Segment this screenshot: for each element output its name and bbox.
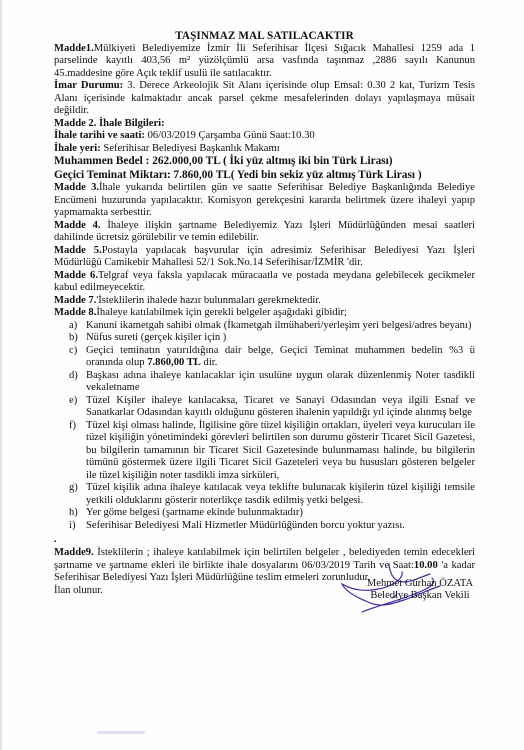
madde-7-text: 'İsteklilerin ihalede hazır bulunmaları … — [96, 295, 321, 306]
signatory-role: Belediye Başkan Vekili — [355, 590, 485, 602]
document-body: TAŞINMAZ MAL SATILACAKTIR Madde1.Mülkiye… — [54, 30, 475, 597]
stray-dot: . — [54, 535, 475, 547]
list-item: a)Kanuni ikametgah sahibi olmak (İkametg… — [69, 320, 475, 333]
madde-8: Madde 8.İhaleye katılabilmek için gerekl… — [54, 307, 475, 320]
madde-8-label: Madde 8. — [54, 307, 96, 318]
ihale-yeri: İhale yeri: Seferihisar Belediyesi Başka… — [54, 143, 475, 156]
madde-1-label: Madde1. — [54, 43, 94, 54]
list-item-label: i) — [69, 520, 75, 533]
madde-7-label: Madde 7. — [54, 295, 96, 306]
list-item-text: Nüfus sureti (gerçek kişiler için ) — [86, 332, 226, 343]
madde-9-label: Madde9. — [54, 547, 94, 558]
list-item: f)Tüzel kişi olması halinde, İlgilisine … — [69, 420, 475, 483]
ihale-yeri-label: İhale yeri: — [54, 143, 101, 154]
madde-2-heading: Madde 2. İhale Bilgileri: — [54, 118, 475, 131]
document-page: TAŞINMAZ MAL SATILACAKTIR Madde1.Mülkiye… — [0, 0, 524, 750]
ihale-tarihi-value: 06/03/2019 Çarşamba Günü Saat:10.30 — [145, 130, 315, 141]
madde-7: Madde 7.'İsteklilerin ihalede hazır bulu… — [54, 295, 475, 308]
list-item-text-after: dir. — [201, 357, 217, 368]
list-item: e)Tüzel Kişiler ihaleye katılacaksa, Tic… — [69, 395, 475, 420]
muhammen-bedel: Muhammen Bedel : 262.000,00 TL ( İki yüz… — [54, 155, 475, 169]
madde-2-heading-text: Madde 2. İhale Bilgileri: — [54, 118, 165, 129]
signature-block: Mehmet Gürhan ÖZATA Belediye Başkan Veki… — [355, 578, 485, 602]
list-item-label: d) — [69, 370, 78, 383]
madde-6-label: Madde 6. — [54, 270, 98, 281]
imar-durumu: İmar Durumu: 3. Derece Arkeolojik Sit Al… — [54, 80, 475, 118]
madde-1: Madde1.Mülkiyeti Belediyemize İzmir İli … — [54, 43, 475, 81]
list-item-label: a) — [69, 320, 77, 333]
imar-durumu-label: İmar Durumu: — [54, 80, 123, 91]
list-item-text: Başkası adına ihaleye katılacaklar için … — [86, 370, 475, 394]
list-item: h)Yer göme belgesi (şartname ekinde bulu… — [69, 507, 475, 520]
ihale-tarihi-label: İhale tarihi ve saati: — [54, 130, 145, 141]
list-item-text: Tüzel kişilik adına ihaleye katılacak ve… — [86, 482, 475, 506]
document-title: TAŞINMAZ MAL SATILACAKTIR — [54, 30, 475, 43]
madde-3-label: Madde 3. — [54, 182, 99, 193]
list-item-amount: 7.860,00 TL — [147, 357, 201, 368]
madde-5: Madde 5.Postayla yapılacak başvurular iç… — [54, 245, 475, 270]
list-item-text: Seferihisar Belediyesi Mali Hizmetler Mü… — [86, 520, 405, 531]
gecici-teminat: Geçici Teminat Miktarı: 7.860,00 TL( Yed… — [54, 169, 475, 183]
list-item: i)Seferihisar Belediyesi Mali Hizmetler … — [69, 520, 475, 533]
list-item-label: e) — [69, 395, 77, 408]
madde-4-label: Madde 4. — [54, 220, 101, 231]
list-item-label: c) — [69, 345, 77, 358]
madde-5-label: Madde 5. — [54, 245, 102, 256]
signatory-name: Mehmet Gürhan ÖZATA — [355, 578, 485, 590]
list-item-text: Yer göme belgesi (şartname ekinde bulunm… — [86, 507, 303, 518]
madde-6: Madde 6.Telgraf veya faksla yapılacak mü… — [54, 270, 475, 295]
madde-3: Madde 3.İhale yukarıda belirtilen gün ve… — [54, 182, 475, 220]
list-item-label: f) — [69, 420, 76, 433]
madde-6-text: Telgraf veya faksla yapılacak müracaatla… — [54, 270, 475, 294]
madde-4: Madde 4. İhaleye ilişkin şartname Beledi… — [54, 220, 475, 245]
list-item-label: h) — [69, 507, 78, 520]
list-item: g)Tüzel kişilik adına ihaleye katılacak … — [69, 482, 475, 507]
scan-smudge — [97, 731, 145, 734]
list-item-text: Kanuni ikametgah sahibi olmak (İkametgah… — [86, 320, 471, 331]
ihale-tarihi: İhale tarihi ve saati: 06/03/2019 Çarşam… — [54, 130, 475, 143]
ihale-yeri-value: Seferihisar Belediyesi Başkanlık Makamı — [101, 143, 280, 154]
madde-5-text: Postayla yapılacak başvurular için adres… — [54, 245, 475, 269]
list-item: d)Başkası adına ihaleye katılacaklar içi… — [69, 370, 475, 395]
madde-8-text: İhaleye katılabilmek için gerekli belgel… — [96, 307, 347, 318]
gecici-teminat-text: Geçici Teminat Miktarı: 7.860,00 TL( Yed… — [54, 169, 422, 181]
list-item-label: b) — [69, 332, 78, 345]
list-item-text: Tüzel Kişiler ihaleye katılacaksa, Ticar… — [86, 395, 475, 419]
list-item: c)Geçici teminatın yatırıldığına dair be… — [69, 345, 475, 370]
list-item-text: Tüzel kişi olması halinde, İlgilisine gö… — [86, 420, 475, 481]
list-item-text: Geçici teminatın yatırıldığına dair belg… — [86, 345, 475, 369]
madde-1-text: Mülkiyeti Belediyemize İzmir İli Seferih… — [54, 43, 475, 79]
list-item-label: g) — [69, 482, 78, 495]
madde-4-text: İhaleye ilişkin şartname Belediyemiz Yaz… — [54, 220, 475, 244]
required-documents-list: a)Kanuni ikametgah sahibi olmak (İkametg… — [54, 320, 475, 533]
list-item: b)Nüfus sureti (gerçek kişiler için ) — [69, 332, 475, 345]
madde-3-text: İhale yukarıda belirtilen gün ve saatte … — [54, 182, 475, 218]
muhammen-bedel-text: Muhammen Bedel : 262.000,00 TL ( İki yüz… — [54, 155, 393, 167]
